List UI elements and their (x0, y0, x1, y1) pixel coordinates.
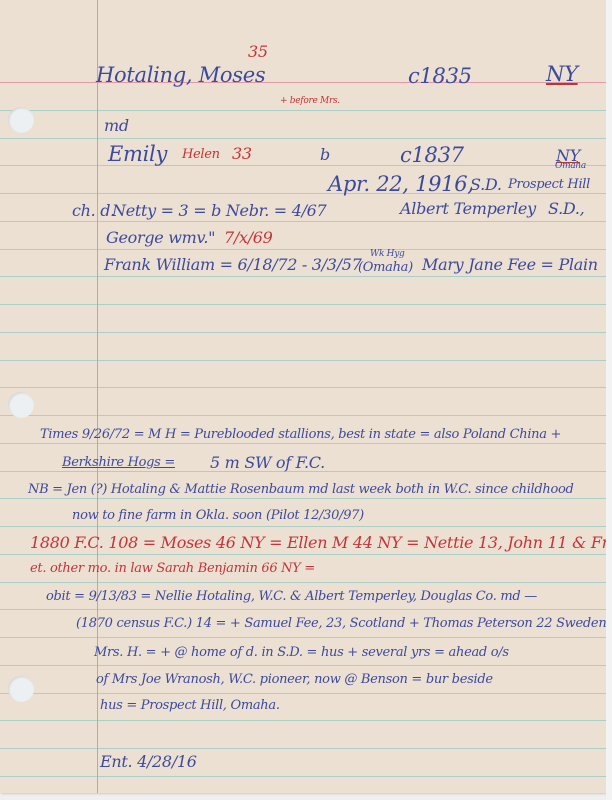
rule-line (0, 332, 606, 333)
spouse-death-place: S.D. (470, 175, 502, 194)
rule-line (0, 498, 606, 499)
rule-line (0, 526, 606, 527)
note-line: 1880 F.C. 108 = Moses 46 NY = Ellen M 44… (30, 533, 606, 552)
note-line: Mrs. H. = + @ home of d. in S.D. = hus +… (94, 645, 509, 660)
spouse-burial-note: Prospect Hill (508, 177, 590, 192)
punch-hole-top (8, 107, 34, 133)
rule-line (0, 720, 606, 721)
note-line: Berkshire Hogs = (62, 455, 175, 470)
rule-line (0, 138, 606, 139)
note-line: now to fine farm in Okla. soon (Pilot 12… (72, 508, 364, 523)
subject-age-note: 35 (248, 42, 268, 61)
spouse-name: Emily (108, 142, 167, 166)
rule-line (0, 110, 606, 111)
rule-line (0, 165, 606, 166)
rule-line (0, 554, 606, 555)
rule-line (0, 609, 606, 610)
rule-line (0, 443, 606, 444)
spouse-death-note-above: Omaha (555, 161, 586, 171)
spouse-age: 33 (232, 144, 252, 163)
rule-line (0, 693, 606, 694)
note-line: Times 9/26/72 = M H = Pureblooded stalli… (40, 427, 561, 442)
child-george-date: 7/x/69 (224, 228, 273, 247)
page-edge (606, 0, 612, 800)
rule-line (0, 387, 606, 388)
entered-date: Ent. 4/28/16 (100, 752, 197, 771)
rule-line (0, 415, 606, 416)
rule-line (0, 221, 606, 222)
spouse-name-insert: Helen (182, 147, 220, 162)
subject-death-note: + before Mrs. (280, 96, 340, 106)
rule-line (0, 582, 606, 583)
child-frank: Frank William = 6/18/72 - 3/3/57 (104, 255, 361, 274)
informant-mark: S.D., (548, 199, 584, 218)
ruled-paper-sheet: Hotaling, Moses 35 + before Mrs. c1835 N… (0, 0, 606, 793)
rule-line (0, 665, 606, 666)
child-frank-note-above: Wk Hyg (370, 249, 404, 259)
spouse-death-date: Apr. 22, 1916, (328, 172, 474, 196)
rule-line (0, 748, 606, 749)
top-red-rule (0, 82, 606, 83)
rule-line (0, 360, 606, 361)
spouse-birth: c1837 (400, 143, 464, 167)
note-line: of Mrs Joe Wranosh, W.C. pioneer, now @ … (96, 672, 493, 687)
subject-birthplace: NY (546, 62, 578, 86)
child-frank-note: (Omaha) (358, 260, 413, 275)
rule-line (0, 193, 606, 194)
rule-line (0, 249, 606, 250)
informant-name: Albert Temperley (400, 199, 536, 218)
child-netty: Netty = 3 = b Nebr. = 4/67 (112, 201, 326, 220)
spouse-born-mark: b (320, 145, 330, 164)
note-line: obit = 9/13/83 = Nellie Hotaling, W.C. &… (46, 589, 537, 604)
subject-name: Hotaling, Moses (96, 63, 265, 87)
subject-birth: c1835 (408, 64, 472, 88)
note-line: hus = Prospect Hill, Omaha. (100, 698, 280, 713)
rule-line (0, 637, 606, 638)
child-george: George wmv." (106, 228, 215, 247)
child-frank-spouse: Mary Jane Fee = Plain (422, 255, 598, 274)
note-line-right: 5 m SW of F.C. (210, 453, 325, 472)
note-line: (1870 census F.C.) 14 = + Samuel Fee, 23… (76, 616, 606, 631)
married-label: md (104, 116, 129, 135)
children-label: ch. d. (72, 201, 115, 220)
punch-hole-bottom (8, 676, 34, 702)
punch-hole-middle (8, 392, 34, 418)
rule-line (0, 276, 606, 277)
note-line: NB = Jen (?) Hotaling & Mattie Rosenbaum… (28, 482, 574, 497)
rule-line (0, 776, 606, 777)
rule-line (0, 304, 606, 305)
note-line: et. other mo. in law Sarah Benjamin 66 N… (30, 561, 315, 576)
